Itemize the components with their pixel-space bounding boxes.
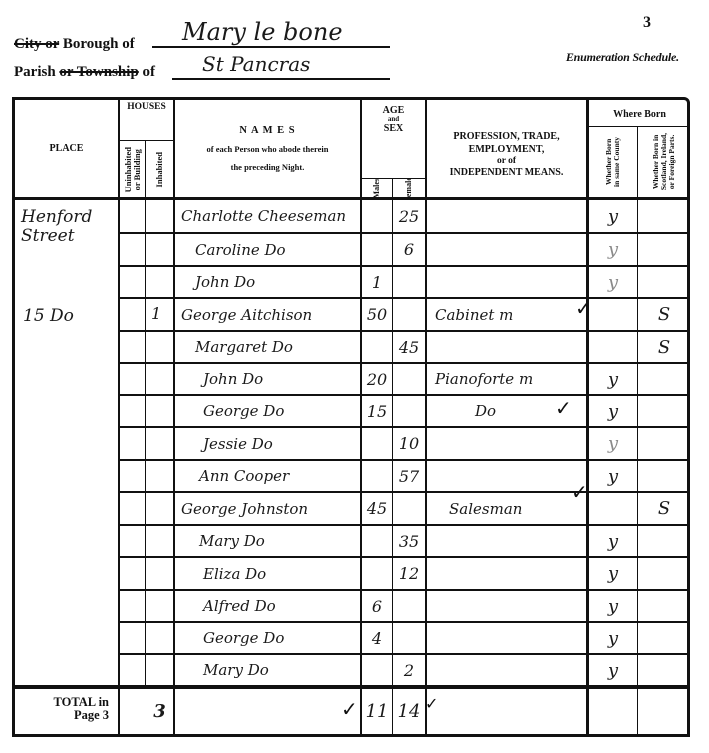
row-9-male [362, 461, 392, 491]
row-12-female: 12 [393, 558, 425, 589]
total-top-rule [15, 685, 690, 689]
row-2-profession [427, 234, 586, 265]
row-7-male: 15 [362, 396, 392, 426]
row-9-name: Ann Cooper [175, 461, 360, 491]
col-header-born-county: Whether Born in same County [589, 127, 637, 197]
row-3-name: John Do [175, 267, 360, 297]
row-5-female: 45 [393, 332, 425, 362]
row-14-born-foreign [638, 623, 690, 653]
parish-label: Parish [14, 64, 56, 80]
row-14-female [393, 623, 425, 653]
row-6-born-county: y [589, 364, 637, 394]
row-8-female: 10 [393, 428, 425, 459]
row-13-name: Alfred Do [175, 591, 360, 621]
row-3-profession [427, 267, 586, 297]
uninhabited-label: Uninhabited or Building [124, 147, 142, 192]
row-15-profession [427, 655, 586, 685]
row-5-profession [427, 332, 586, 362]
borough-label: Borough of [63, 36, 135, 52]
row-5-male [362, 332, 392, 362]
row-7-born-county: y [589, 396, 637, 426]
row-6-female [393, 364, 425, 394]
check-mark-icon: ✓ [571, 480, 588, 504]
row-3-born-foreign [638, 267, 690, 297]
place-house-number: 15 Do [23, 307, 74, 326]
col-header-names: N A M E S of each Person who abode there… [175, 100, 360, 197]
row-10-male: 45 [362, 493, 392, 524]
row-11-born-foreign [638, 526, 690, 556]
row-10-born-county [589, 493, 637, 524]
row-9-born-county: y [589, 461, 637, 491]
row-3-female [393, 267, 425, 297]
row-4-profession: Cabinet m [427, 299, 586, 330]
row-6-name: John Do [175, 364, 360, 394]
row-11-name: Mary Do [175, 526, 360, 556]
names-title: N A M E S [239, 125, 295, 136]
row-15-male [362, 655, 392, 685]
sex-label: SEX [384, 124, 403, 134]
col-header-males: Males [362, 179, 392, 197]
total-inhabited: 3 [146, 689, 173, 734]
row-12-male [362, 558, 392, 589]
check-mark-icon: ✓ [341, 697, 358, 721]
profession-line-3: or of [497, 156, 516, 167]
names-subtitle-1: of each Person who abode therein [207, 144, 329, 154]
row-8-born-county: y [589, 428, 637, 459]
row-2-born-foreign [638, 234, 690, 265]
row-4-name: George Aitchison [175, 299, 360, 330]
row-15-born-foreign [638, 655, 690, 685]
row-10-profession: Salesman [427, 493, 586, 524]
row-9-born-foreign [638, 461, 690, 491]
row-6-born-foreign [638, 364, 690, 394]
row-13-born-county: y [589, 591, 637, 621]
total-label: TOTAL in Page 3 [29, 696, 109, 722]
row-11-female: 35 [393, 526, 425, 556]
row-9-female: 57 [393, 461, 425, 491]
row-2-name: Caroline Do [175, 234, 360, 265]
row-13-born-foreign [638, 591, 690, 621]
row-3-born-county: y [589, 267, 637, 297]
struck-township-label: or Township [59, 64, 138, 80]
row-1-born-foreign [638, 200, 690, 232]
row-1-name: Charlotte Cheeseman [175, 200, 360, 232]
profession-line-2: EMPLOYMENT, [469, 144, 545, 157]
col-header-uninhabited: Uninhabited or Building [120, 142, 145, 197]
profession-line-1: PROFESSION, TRADE, [453, 131, 559, 144]
row-4-female [393, 299, 425, 330]
total-females: 14 [393, 689, 425, 734]
row-4-male: 50 [362, 299, 392, 330]
check-mark-icon: ✓ [425, 694, 438, 713]
row-8-male [362, 428, 392, 459]
row-7-name: George Do [175, 396, 360, 426]
col-header-houses: HOUSES [120, 102, 173, 140]
parish-label-line: Parish or Township of [14, 64, 155, 81]
row-13-female [393, 591, 425, 621]
parish-of-label: of [143, 64, 156, 80]
row-14-male: 4 [362, 623, 392, 653]
females-label: Females [405, 179, 413, 197]
row-2-female: 6 [393, 234, 425, 265]
total-label-line-2: Page 3 [29, 709, 109, 722]
row-12-profession [427, 558, 586, 589]
census-table: PLACE HOUSES Uninhabited or Building Inh… [12, 97, 690, 737]
row-14-name: George Do [175, 623, 360, 653]
born-foreign-label: Whether Born in Scotland, Ireland, or Fo… [652, 133, 676, 190]
row-12-name: Eliza Do [175, 558, 360, 589]
row-11-male [362, 526, 392, 556]
row-12-born-county: y [589, 558, 637, 589]
row-5-born-foreign: S [638, 332, 690, 362]
row-13-profession [427, 591, 586, 621]
row-1-female: 25 [393, 200, 425, 232]
row-14-profession [427, 623, 586, 653]
row-5-born-county [589, 332, 637, 362]
row-7-female [393, 396, 425, 426]
row-6-profession: Pianoforte m [427, 364, 586, 394]
row-10-born-foreign: S [638, 493, 690, 524]
col-header-inhabited: Inhabited [146, 142, 173, 197]
schedule-label: Enumeration Schedule. [566, 50, 679, 65]
males-label: Males [373, 179, 381, 197]
row-10-female [393, 493, 425, 524]
inhabited-house-mark: 1 [151, 305, 161, 323]
borough-value: Mary le bone [152, 10, 390, 48]
row-2-born-county: y [589, 234, 637, 265]
row-1-male [362, 200, 392, 232]
page-number: 3 [643, 14, 651, 32]
row-4-born-foreign: S [638, 299, 690, 330]
row-1-born-county: y [589, 200, 637, 232]
row-4-born-county [589, 299, 637, 330]
row-13-male: 6 [362, 591, 392, 621]
row-15-female: 2 [393, 655, 425, 685]
row-11-born-county: y [589, 526, 637, 556]
place-street: Henford Street [21, 208, 92, 245]
row-15-name: Mary Do [175, 655, 360, 685]
row-9-profession [427, 461, 586, 491]
col-header-where-born: Where Born [589, 102, 690, 126]
row-2-male [362, 234, 392, 265]
check-mark-icon: ✓ [555, 396, 572, 420]
row-10-name: George Johnston [175, 493, 360, 524]
inhabited-label: Inhabited [155, 152, 164, 187]
col-header-age-sex: AGE and SEX [362, 100, 425, 178]
page-header: City or Borough of Mary le bone Parish o… [0, 0, 709, 95]
check-mark-icon: ✓ [575, 296, 592, 320]
row-8-name: Jessie Do [175, 428, 360, 459]
row-8-profession [427, 428, 586, 459]
col-header-place: PLACE [15, 100, 118, 197]
struck-city-label: City or [14, 36, 59, 52]
profession-line-4: INDEPENDENT MEANS. [450, 167, 564, 180]
borough-label-line: City or Borough of [14, 36, 135, 53]
row-1-profession [427, 200, 586, 232]
row-14-born-county: y [589, 623, 637, 653]
row-5-name: Margaret Do [175, 332, 360, 362]
col-header-profession: PROFESSION, TRADE, EMPLOYMENT, or of IND… [427, 100, 586, 197]
houses-subline [118, 140, 175, 141]
row-3-male: 1 [362, 267, 392, 297]
row-8-born-foreign [638, 428, 690, 459]
row-15-born-county: y [589, 655, 637, 685]
row-6-male: 20 [362, 364, 392, 394]
born-county-label: Whether Born in same County [605, 137, 621, 187]
row-11-profession [427, 526, 586, 556]
col-header-females: Females [393, 179, 425, 197]
row-7-born-foreign [638, 396, 690, 426]
parish-value: St Pancras [172, 54, 390, 80]
row-12-born-foreign [638, 558, 690, 589]
divider-houses [145, 140, 146, 685]
total-males: 11 [362, 689, 392, 734]
col-header-born-foreign: Whether Born in Scotland, Ireland, or Fo… [638, 127, 690, 197]
names-subtitle-2: the preceding Night. [231, 162, 305, 172]
